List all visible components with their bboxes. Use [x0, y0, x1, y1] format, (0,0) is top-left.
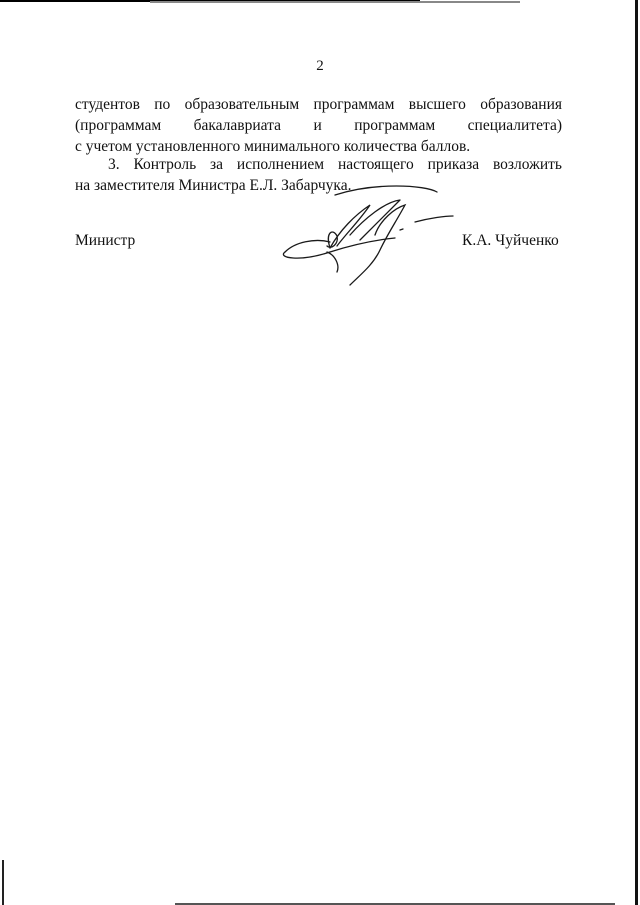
scan-edge-left: [2, 860, 4, 905]
handwritten-signature-icon: [275, 180, 455, 290]
paragraph-continuation: студентов по образовательным программам …: [75, 94, 562, 157]
scan-edge-top-secondary: [150, 1, 520, 3]
page-number: 2: [0, 58, 640, 75]
scan-edge-right: [635, 0, 638, 905]
paragraph-line: студентов по образовательным программам …: [75, 94, 562, 115]
signatory-title: Министр: [75, 232, 135, 250]
paragraph-line: 3. Контроль за исполнением настоящего пр…: [75, 154, 562, 175]
signatory-name: К.А. Чуйченко: [462, 232, 559, 250]
paragraph-line: (программам бакалавриата и программам сп…: [75, 115, 562, 136]
